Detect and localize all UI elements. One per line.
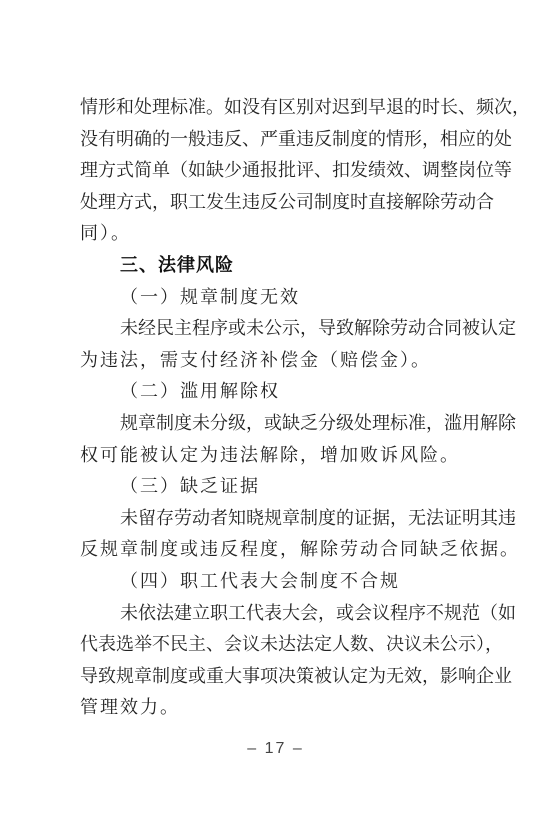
subsection-title: （一）规章制度无效 <box>80 282 474 314</box>
document-page: 情形和处理标准。如没有区别对迟到早退的时长、频次， 没有明确的一般违反、严重违反… <box>80 92 474 724</box>
paragraph-line: 未留存劳动者知晓规章制度的证据，无法证明其违 <box>80 503 474 535</box>
paragraph-line: 同）。 <box>80 218 474 250</box>
paragraph-line: 没有明确的一般违反、严重违反制度的情形，相应的处 <box>80 124 474 156</box>
paragraph-line: 未依法建立职工代表大会，或会议程序不规范（如 <box>80 598 474 630</box>
paragraph-line: 代表选举不民主、会议未达法定人数、决议未公示）， <box>80 629 474 661</box>
paragraph-line: 为违法，需支付经济补偿金（赔偿金）。 <box>80 345 474 377</box>
subsection-title: （二）滥用解除权 <box>80 376 474 408</box>
page-number: – 17 – <box>0 740 551 758</box>
subsection-1: （一）规章制度无效 未经民主程序或未公示，导致解除劳动合同被认定 为违法，需支付… <box>80 282 474 377</box>
paragraph-line: 规章制度未分级，或缺乏分级处理标准，滥用解除 <box>80 408 474 440</box>
subsection-title: （三）缺乏证据 <box>80 471 474 503</box>
subsection-3: （三）缺乏证据 未留存劳动者知晓规章制度的证据，无法证明其违 反规章制度或违反程… <box>80 471 474 566</box>
subsection-2: （二）滥用解除权 规章制度未分级，或缺乏分级处理标准，滥用解除 权可能被认定为违… <box>80 376 474 471</box>
paragraph-line: 未经民主程序或未公示，导致解除劳动合同被认定 <box>80 313 474 345</box>
paragraph-line: 管理效力。 <box>80 692 474 724</box>
paragraph-line: 理方式简单（如缺少通报批评、扣发绩效、调整岗位等 <box>80 155 474 187</box>
paragraph-line: 权可能被认定为违法解除，增加败诉风险。 <box>80 440 474 472</box>
paragraph-line: 情形和处理标准。如没有区别对迟到早退的时长、频次， <box>80 92 474 124</box>
paragraph-line: 反规章制度或违反程度，解除劳动合同缺乏依据。 <box>80 534 474 566</box>
subsection-4: （四）职工代表大会制度不合规 未依法建立职工代表大会，或会议程序不规范（如 代表… <box>80 566 474 724</box>
continued-paragraph: 情形和处理标准。如没有区别对迟到早退的时长、频次， 没有明确的一般违反、严重违反… <box>80 92 474 250</box>
paragraph-line: 处理方式，职工发生违反公司制度时直接解除劳动合 <box>80 187 474 219</box>
section-heading: 三、法律风险 <box>80 250 474 282</box>
paragraph-line: 导致规章制度或重大事项决策被认定为无效，影响企业 <box>80 661 474 693</box>
subsection-title: （四）职工代表大会制度不合规 <box>80 566 474 598</box>
